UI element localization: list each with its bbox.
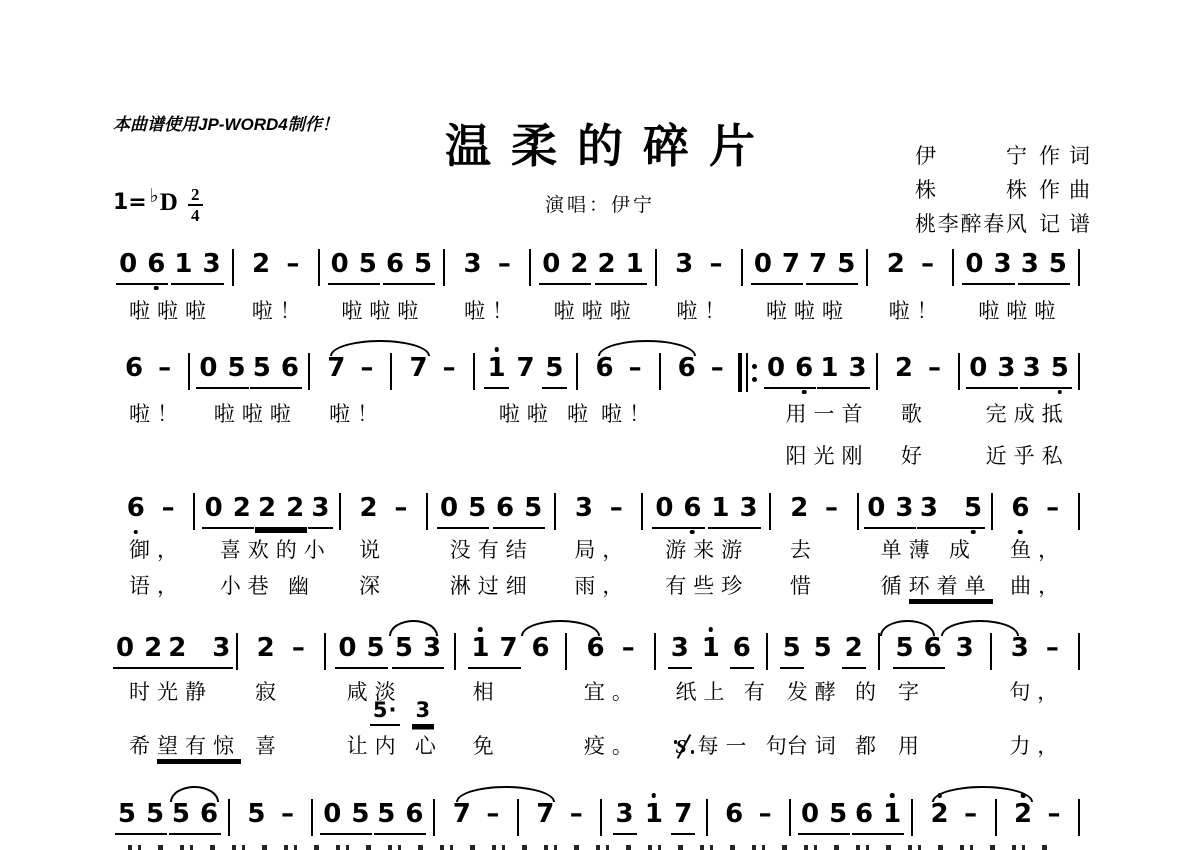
- measure: 0556: [195, 352, 303, 389]
- lyric-cell: 御，: [113, 534, 192, 564]
- barline: [600, 799, 602, 836]
- spacer: [743, 398, 770, 428]
- note: 3: [616, 800, 634, 829]
- spacer: [984, 698, 996, 723]
- note: 6: [587, 634, 605, 663]
- lyric-cell: [780, 698, 876, 723]
- lyric-cell: 啦！: [585, 398, 658, 428]
- lyrics-row: 阳光刚好近乎私: [113, 440, 1085, 470]
- octave-dot-above: [937, 793, 942, 798]
- beam-group: 5: [780, 632, 804, 669]
- octave-dot-below: [1058, 390, 1063, 395]
- lyric-cell: 啦！: [873, 295, 951, 325]
- beam-group: 05: [335, 632, 387, 669]
- spacer: [319, 730, 331, 760]
- beam-group: 3: [613, 798, 637, 835]
- lyric-cell: 近乎私: [970, 440, 1073, 470]
- lyric-cell: 喜: [239, 730, 319, 760]
- dash-note: –: [162, 494, 175, 523]
- note: 0: [767, 354, 785, 383]
- spacer: [546, 570, 558, 600]
- measure: 0553: [331, 632, 449, 669]
- measure: 02223: [200, 492, 333, 529]
- measure: 2–: [239, 248, 313, 283]
- note: 7: [782, 250, 800, 279]
- repeat-thick-bar: [738, 353, 743, 392]
- lyric-cell: [476, 698, 572, 723]
- clipped-lyrics-row: [128, 845, 1058, 850]
- lyric-cell: 鱼，: [994, 534, 1073, 564]
- spacer: [331, 534, 343, 564]
- beam-group: –: [440, 352, 459, 387]
- beam-group: 7: [671, 798, 695, 835]
- spacer: [331, 570, 343, 600]
- note: 7: [516, 354, 534, 383]
- beam-group: –: [961, 798, 980, 833]
- note: 2: [252, 250, 270, 279]
- lyric-cell: 啦啦啦: [538, 295, 649, 325]
- note: 5: [524, 494, 542, 523]
- lyric-cell: 没有结: [434, 534, 547, 564]
- note: 0: [199, 354, 217, 383]
- spacer: [546, 534, 558, 564]
- alt-note: 5·: [370, 698, 401, 726]
- beam-group: 7: [324, 352, 348, 387]
- note: 0: [655, 494, 673, 523]
- lyric-cell: 啦！: [113, 398, 186, 428]
- note: 1: [487, 354, 505, 383]
- note: 0: [801, 800, 819, 829]
- barline: [1078, 353, 1080, 390]
- measure: 3–: [561, 492, 636, 527]
- beam-group: 13: [817, 352, 869, 389]
- measure: 0335: [965, 352, 1073, 389]
- beam-group: –: [925, 352, 944, 387]
- lyric-cell: 疫。: [568, 730, 648, 760]
- beam-group: –: [495, 248, 514, 283]
- note: 6: [924, 634, 942, 663]
- lyric-cell: 啦啦啦: [325, 295, 436, 325]
- spacer: [186, 440, 198, 470]
- barline: [390, 353, 392, 390]
- spacer: [743, 440, 770, 470]
- note: 3: [1021, 250, 1039, 279]
- beam-group: 6: [122, 352, 146, 387]
- lyric-cell: 小巷 幽: [204, 570, 331, 600]
- barline: [454, 633, 456, 670]
- barline: [655, 249, 657, 286]
- beam-group: –: [357, 352, 376, 387]
- note: 3: [464, 250, 482, 279]
- lyric-cell: S每一 句: [660, 730, 759, 760]
- measure: 0613: [763, 352, 871, 389]
- dash-note: –: [964, 800, 977, 829]
- note: 6: [733, 634, 751, 663]
- spacer: [981, 730, 993, 760]
- beam-group: 65: [493, 492, 545, 529]
- octave-dot-above: [1021, 793, 1026, 798]
- lyric-segment: 希: [129, 734, 157, 758]
- dash-note: –: [394, 494, 407, 523]
- note: 6: [531, 634, 549, 663]
- note: 0: [323, 800, 341, 829]
- barline: [952, 249, 954, 286]
- score-line: 6–05567–7–1756–6–06132–0335啦！啦啦啦啦！啦啦 啦啦！…: [113, 352, 1085, 392]
- measure: 7–: [397, 352, 467, 387]
- measure: 6–: [113, 352, 183, 387]
- spacer: [1073, 570, 1085, 600]
- measure: 6–: [713, 798, 784, 833]
- measure: 2–: [243, 632, 319, 667]
- lyric-cell: [585, 440, 658, 470]
- lyric-cell: 曲，: [994, 570, 1073, 600]
- beam-group: 06: [116, 248, 168, 285]
- spacer: [853, 534, 865, 564]
- dash-note: –: [759, 800, 772, 829]
- note: 1: [645, 800, 663, 829]
- beam-group: 56: [374, 798, 426, 835]
- note: 7: [409, 354, 427, 383]
- beam-group: 7: [406, 352, 430, 387]
- lyric-cell: 免: [457, 730, 556, 760]
- credit-name: 株株: [915, 174, 1027, 204]
- measure: 0335: [864, 492, 986, 529]
- note: 5: [395, 634, 413, 663]
- note: 0: [867, 494, 885, 523]
- beam-group: 3: [953, 632, 977, 667]
- note: 3: [212, 634, 230, 663]
- spacer: [658, 398, 670, 428]
- beam-group: 35: [917, 492, 985, 529]
- note: 5: [118, 800, 136, 829]
- beam-group: 3: [668, 632, 692, 669]
- note: 5: [896, 634, 914, 663]
- note: 1: [883, 800, 901, 829]
- beam-group: 21: [595, 248, 647, 285]
- measure: 316: [661, 632, 761, 669]
- note: 3: [675, 250, 693, 279]
- lyric-cell: 单薄 成: [865, 534, 982, 564]
- beam-group: –: [756, 798, 775, 833]
- note: 6: [147, 250, 165, 279]
- key-signature: 1= ♭ D 2 4: [113, 186, 203, 223]
- lyrics-row: 希望有惊喜让内 心免疫。S每一 句台词 都用力，: [113, 730, 1085, 760]
- note: 5: [366, 634, 384, 663]
- note: 3: [920, 494, 938, 523]
- beam-group: 53: [392, 632, 444, 669]
- lyric-cell: 啦！: [313, 398, 386, 428]
- beam-group: 6: [1008, 492, 1032, 527]
- beam-group: 5: [244, 798, 268, 833]
- note: 5: [351, 800, 369, 829]
- note: 1: [174, 250, 192, 279]
- beam-group: –: [283, 248, 302, 283]
- spacer: [861, 295, 873, 325]
- beam-group: 2: [254, 632, 278, 667]
- lyric-cell: [670, 440, 743, 470]
- dash-note: –: [498, 250, 511, 279]
- spacer: [227, 730, 239, 760]
- note: 7: [327, 354, 345, 383]
- measure: 0613: [648, 492, 764, 529]
- spacer: [223, 698, 235, 723]
- beam-group: 17: [468, 632, 520, 669]
- beam-group: 2: [249, 248, 273, 283]
- measure: 0561: [796, 798, 906, 835]
- lyric-cell: 局，: [558, 534, 637, 564]
- note: 0: [331, 250, 349, 279]
- note: 3: [671, 634, 689, 663]
- lyric-cell: 用一首: [770, 398, 873, 428]
- note: 3: [575, 494, 593, 523]
- note: 5: [1051, 354, 1069, 383]
- barline: [1078, 493, 1080, 530]
- lyric-cell: 阳光刚: [770, 440, 873, 470]
- lyric-cell: [235, 698, 312, 723]
- note: 1: [711, 494, 729, 523]
- credit-transcriber: 桃李醉春风 记谱: [915, 208, 1090, 238]
- barline: [990, 633, 992, 670]
- barline: [188, 353, 190, 390]
- barline: [517, 799, 519, 836]
- beam-group: –: [708, 352, 727, 387]
- lyric-cell: [996, 698, 1073, 723]
- barline: [769, 493, 771, 530]
- beam-group: 5: [811, 632, 835, 667]
- beam-group: 03: [962, 248, 1014, 285]
- note: 3: [956, 634, 974, 663]
- lyric-cell: [113, 440, 186, 470]
- measure: 2–: [873, 248, 947, 283]
- spacer: [658, 440, 670, 470]
- beam-group: –: [619, 632, 638, 667]
- note: 3: [1023, 354, 1041, 383]
- note: 2: [895, 354, 913, 383]
- spacer: [982, 534, 994, 564]
- barline: [857, 493, 859, 530]
- beam-group: –: [155, 352, 174, 387]
- lyric-cell: 循环着单: [865, 570, 982, 600]
- beam-group: 13: [171, 248, 223, 285]
- spacer: [762, 534, 774, 564]
- note: 6: [200, 800, 218, 829]
- beam-group: 07: [751, 248, 803, 285]
- barline: [991, 493, 993, 530]
- note: 7: [674, 800, 692, 829]
- lyric-cell: 啦！: [660, 295, 738, 325]
- note: 7: [499, 634, 517, 663]
- lyric-cell: 希望有惊: [113, 730, 227, 760]
- note: 5: [146, 800, 164, 829]
- spacer: [301, 440, 313, 470]
- barline: [236, 633, 238, 670]
- barline: [911, 799, 913, 836]
- lyrics-row: 啦！啦啦啦啦！啦啦 啦啦！用一首歌完成抵: [113, 398, 1085, 428]
- lyric-cell: 喜欢的小: [204, 534, 331, 564]
- lyrics-row: 5·3: [113, 698, 1085, 723]
- measure: 2–: [1002, 798, 1073, 833]
- measure: 3–: [997, 632, 1073, 667]
- score-line: 02232–05531766–3165525633–时光静寂咸淡相宜。纸上 有发…: [113, 632, 1085, 670]
- barline: [232, 249, 234, 286]
- beam-group: 2: [892, 352, 916, 387]
- note: 3: [994, 250, 1012, 279]
- beam-group: 06: [652, 492, 704, 529]
- dash-note: –: [622, 634, 635, 663]
- beam-group: 7: [533, 798, 557, 833]
- note: 7: [453, 800, 471, 829]
- spacer: [192, 570, 204, 600]
- measure: 563: [885, 632, 985, 669]
- spacer: [192, 534, 204, 564]
- dash-note: –: [928, 354, 941, 383]
- barline: [866, 249, 868, 286]
- beam-group: 5: [542, 352, 566, 389]
- beam-group: 02: [539, 248, 591, 285]
- lyric-underlined: 环着单: [909, 574, 993, 601]
- note: 3: [997, 354, 1015, 383]
- beam-group: 56: [893, 632, 945, 669]
- spacer: [873, 440, 885, 470]
- octave-dot-below: [154, 286, 159, 291]
- alt-note: 3: [412, 698, 434, 726]
- spacer: [648, 295, 660, 325]
- beam-group: 6: [528, 632, 552, 667]
- barline: [529, 249, 531, 286]
- note: 5: [829, 800, 847, 829]
- dash-note: –: [158, 354, 171, 383]
- note: 0: [119, 250, 137, 279]
- credit-role: 作词: [1039, 140, 1099, 170]
- segno-icon: S: [676, 736, 693, 758]
- measure: 2–: [776, 492, 851, 527]
- note: 1: [626, 250, 644, 279]
- dash-note: –: [709, 250, 722, 279]
- spacer: [186, 398, 198, 428]
- note: 5: [468, 494, 486, 523]
- beam-group: 7: [450, 798, 474, 833]
- dash-note: –: [629, 354, 642, 383]
- barline: [876, 353, 878, 390]
- barline: [741, 249, 743, 286]
- beam-group: –: [1043, 492, 1062, 527]
- measure: 6–: [666, 352, 736, 387]
- note: 6: [125, 354, 143, 383]
- note: 5: [172, 800, 190, 829]
- dash-note: –: [360, 354, 373, 383]
- beam-group: 6: [584, 632, 608, 667]
- beam-group: 55: [115, 798, 167, 835]
- barline: [1078, 249, 1080, 286]
- lyric-cell: 啦啦啦: [962, 295, 1073, 325]
- note: 5: [228, 354, 246, 383]
- barline: [659, 353, 661, 390]
- barline: [554, 493, 556, 530]
- lyric-segment: 循: [881, 574, 909, 598]
- lyric-cell: [198, 440, 301, 470]
- spacer: [422, 570, 434, 600]
- barline: [308, 353, 310, 390]
- beam-group: 05: [320, 798, 372, 835]
- note: 6: [855, 800, 873, 829]
- note: 6: [281, 354, 299, 383]
- score-line: 55565–05567–7–3176–05612–2–: [113, 798, 1085, 836]
- note: 5: [964, 494, 982, 523]
- note: 2: [233, 494, 251, 523]
- barline: [706, 799, 708, 836]
- octave-dot-above: [478, 627, 483, 632]
- lyrics-row: 啦啦啦啦！啦啦啦啦！啦啦啦啦！啦啦啦啦！啦啦啦: [113, 295, 1085, 325]
- beam-group: 05: [328, 248, 380, 285]
- repeat-dots: [752, 353, 757, 392]
- beam-group: 03: [864, 492, 916, 529]
- credits: 伊宁 作词 株株 作曲 桃李醉春风 记谱: [915, 140, 1090, 242]
- lyric-cell: [398, 398, 471, 428]
- measure: 6–: [113, 492, 188, 527]
- note: 5: [545, 354, 563, 383]
- note: 5: [1049, 250, 1067, 279]
- spacer: [637, 570, 649, 600]
- spacer: [301, 398, 313, 428]
- spacer: [573, 440, 585, 470]
- lyric-cell: [584, 698, 661, 723]
- measure: 552: [773, 632, 873, 669]
- note: 0: [965, 250, 983, 279]
- measure: 7–: [524, 798, 595, 833]
- lyrics-row: 御，喜欢的小说没有结局，游来游去单薄 成鱼，: [113, 534, 1085, 564]
- lyric-cell: 啦啦啦: [198, 398, 301, 428]
- beam-group: 61: [852, 798, 904, 835]
- barline: [473, 353, 475, 390]
- note: 2: [1014, 800, 1032, 829]
- lyric-cell: 深: [343, 570, 422, 600]
- spacer: [556, 730, 568, 760]
- lyric-cell: 台词 都: [771, 730, 870, 760]
- beam-group: 2: [842, 632, 866, 669]
- note: 1: [820, 354, 838, 383]
- notes-row: 6–05567–7–1756–6–06132–0335: [113, 352, 1085, 392]
- notes-row: 6–022232–05653–06132–03356–: [113, 492, 1085, 530]
- spacer: [386, 398, 398, 428]
- beam-group: 05: [437, 492, 489, 529]
- beam-group: 2: [1011, 798, 1035, 833]
- notes-row: 06132–05653–02213–07752–0335: [113, 248, 1085, 286]
- measure: 317: [607, 798, 700, 835]
- note: 3: [849, 354, 867, 383]
- beam-group: 13: [708, 492, 760, 529]
- measure: 0613: [113, 248, 227, 285]
- beam-group: –: [706, 248, 725, 283]
- note: 6: [795, 354, 813, 383]
- repeat-thin-bar: [746, 353, 748, 392]
- octave-dot-above: [890, 793, 895, 798]
- spacer: [1073, 534, 1085, 564]
- beam-group: –: [822, 492, 841, 527]
- spacer: [873, 398, 885, 428]
- note: 0: [116, 634, 134, 663]
- barline: [324, 633, 326, 670]
- beam-group: 3: [672, 248, 696, 283]
- beam-group: 6: [675, 352, 699, 387]
- beam-group: 05: [196, 352, 248, 389]
- barline: [958, 353, 960, 390]
- beam-group: 6: [722, 798, 746, 833]
- dash-note: –: [1048, 800, 1061, 829]
- spacer: [950, 295, 962, 325]
- lyric-cell: [483, 440, 573, 470]
- measure: 2–: [883, 352, 953, 387]
- measure: 7–: [440, 798, 511, 833]
